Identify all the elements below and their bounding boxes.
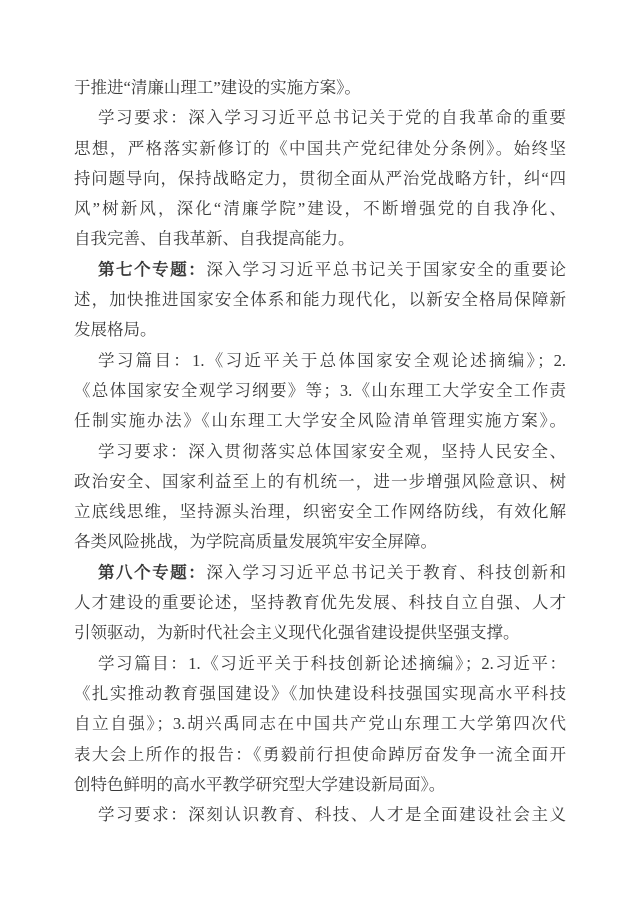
text-line: 立底线思维，坚持源头治理，织密安全工作网络防线，有效化解 bbox=[74, 497, 566, 527]
topic-lead: 第八个专题： bbox=[98, 563, 206, 582]
text-line: 风”树新风，深化“清廉学院”建设，不断增强党的自我净化、 bbox=[74, 194, 566, 224]
text-line: 持问题导向，保持战略定力，贯彻全面从严治党战略方针，纠“四 bbox=[74, 164, 566, 194]
text-line: 任制实施办法》《山东理工大学安全风险清单管理实施方案》。 bbox=[74, 406, 566, 436]
topic-lead: 第七个专题： bbox=[98, 260, 206, 279]
text-line: 人才建设的重要论述，坚持教育优先发展、科技自立自强、人才 bbox=[74, 588, 566, 618]
text-line: 第七个专题：深入学习习近平总书记关于国家安全的重要论 bbox=[74, 255, 566, 285]
text-line: 《扎实推动教育强国建设》《加快建设科技强国实现高水平科技 bbox=[74, 679, 566, 709]
text-line: 表大会上所作的报告：《勇毅前行担使命踔厉奋发争一流全面开 bbox=[74, 740, 566, 770]
paragraph: 学习篇目：1.《习近平关于科技创新论述摘编》；2.习近平：《扎实推动教育强国建设… bbox=[74, 649, 566, 800]
text-line: 《总体国家安全观学习纲要》等；3.《山东理工大学安全工作责 bbox=[74, 376, 566, 406]
paragraph: 学习篇目：1.《习近平关于总体国家安全观论述摘编》；2.《总体国家安全观学习纲要… bbox=[74, 346, 566, 437]
text-line: 第八个专题：深入学习习近平总书记关于教育、科技创新和 bbox=[74, 558, 566, 588]
text-line: 发展格局。 bbox=[74, 315, 566, 345]
document-text: 于推进“清廉山理工”建设的实施方案》。学习要求：深入学习习近平总书记关于党的自我… bbox=[74, 73, 566, 830]
text-line: 学习要求：深入贯彻落实总体国家安全观，坚持人民安全、 bbox=[74, 437, 566, 467]
text-line: 述，加快推进国家安全体系和能力现代化，以新安全格局保障新 bbox=[74, 285, 566, 315]
text-line: 引领驱动，为新时代社会主义现代化强省建设提供坚强支撑。 bbox=[74, 618, 566, 648]
paragraph: 第七个专题：深入学习习近平总书记关于国家安全的重要论述，加快推进国家安全体系和能… bbox=[74, 255, 566, 346]
text-line: 学习篇目：1.《习近平关于总体国家安全观论述摘编》；2. bbox=[74, 346, 566, 376]
paragraph: 学习要求：深刻认识教育、科技、人才是全面建设社会主义 bbox=[74, 800, 566, 830]
paragraph: 第八个专题：深入学习习近平总书记关于教育、科技创新和人才建设的重要论述，坚持教育… bbox=[74, 558, 566, 649]
text-line: 各类风险挑战，为学院高质量发展筑牢安全屏障。 bbox=[74, 527, 566, 557]
document-page: 于推进“清廉山理工”建设的实施方案》。学习要求：深入学习习近平总书记关于党的自我… bbox=[0, 0, 639, 905]
text-line: 学习篇目：1.《习近平关于科技创新论述摘编》；2.习近平： bbox=[74, 649, 566, 679]
text-line: 于推进“清廉山理工”建设的实施方案》。 bbox=[74, 73, 566, 103]
text-line: 学习要求：深入学习习近平总书记关于党的自我革命的重要 bbox=[74, 103, 566, 133]
text-line: 思想，严格落实新修订的《中国共产党纪律处分条例》。始终坚 bbox=[74, 134, 566, 164]
text-line: 学习要求：深刻认识教育、科技、人才是全面建设社会主义 bbox=[74, 800, 566, 830]
text-line: 自立自强》；3.胡兴禹同志在中国共产党山东理工大学第四次代 bbox=[74, 709, 566, 739]
paragraph: 学习要求：深入学习习近平总书记关于党的自我革命的重要思想，严格落实新修订的《中国… bbox=[74, 103, 566, 254]
text-line: 自我完善、自我革新、自我提高能力。 bbox=[74, 224, 566, 254]
text-line: 政治安全、国家利益至上的有机统一，进一步增强风险意识、树 bbox=[74, 467, 566, 497]
paragraph: 学习要求：深入贯彻落实总体国家安全观，坚持人民安全、政治安全、国家利益至上的有机… bbox=[74, 437, 566, 558]
text-line: 创特色鲜明的高水平教学研究型大学建设新局面》。 bbox=[74, 770, 566, 800]
paragraph: 于推进“清廉山理工”建设的实施方案》。 bbox=[74, 73, 566, 103]
